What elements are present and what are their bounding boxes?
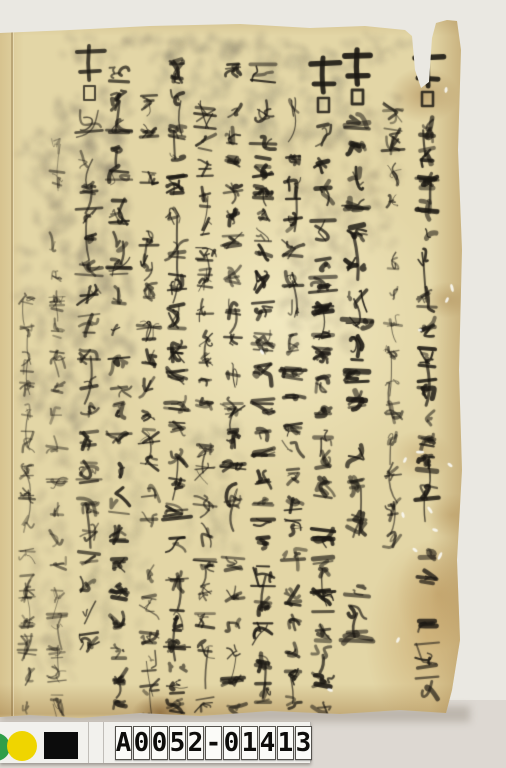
strip-divider xyxy=(88,722,89,763)
fold-crease xyxy=(11,30,13,716)
code-tile: 0 xyxy=(223,726,240,760)
manuscript-page xyxy=(0,0,506,768)
catalog-code-tiles: A0052-01413 xyxy=(115,726,312,760)
code-tile: 0 xyxy=(133,726,150,760)
code-tile: - xyxy=(205,726,222,760)
code-tile: 1 xyxy=(241,726,258,760)
handwriting-canvas xyxy=(0,0,506,768)
code-tile: 3 xyxy=(295,726,312,760)
black-color-patch xyxy=(44,732,78,759)
strip-divider xyxy=(103,722,104,763)
code-tile: 2 xyxy=(187,726,204,760)
yellow-color-patch xyxy=(7,731,37,761)
code-tile: 0 xyxy=(151,726,168,760)
code-tile: A xyxy=(115,726,132,760)
code-tile: 5 xyxy=(169,726,186,760)
code-tile: 1 xyxy=(277,726,294,760)
code-tile: 4 xyxy=(259,726,276,760)
photo-of-manuscript: A0052-01413 A0052-01413 xyxy=(0,0,506,768)
